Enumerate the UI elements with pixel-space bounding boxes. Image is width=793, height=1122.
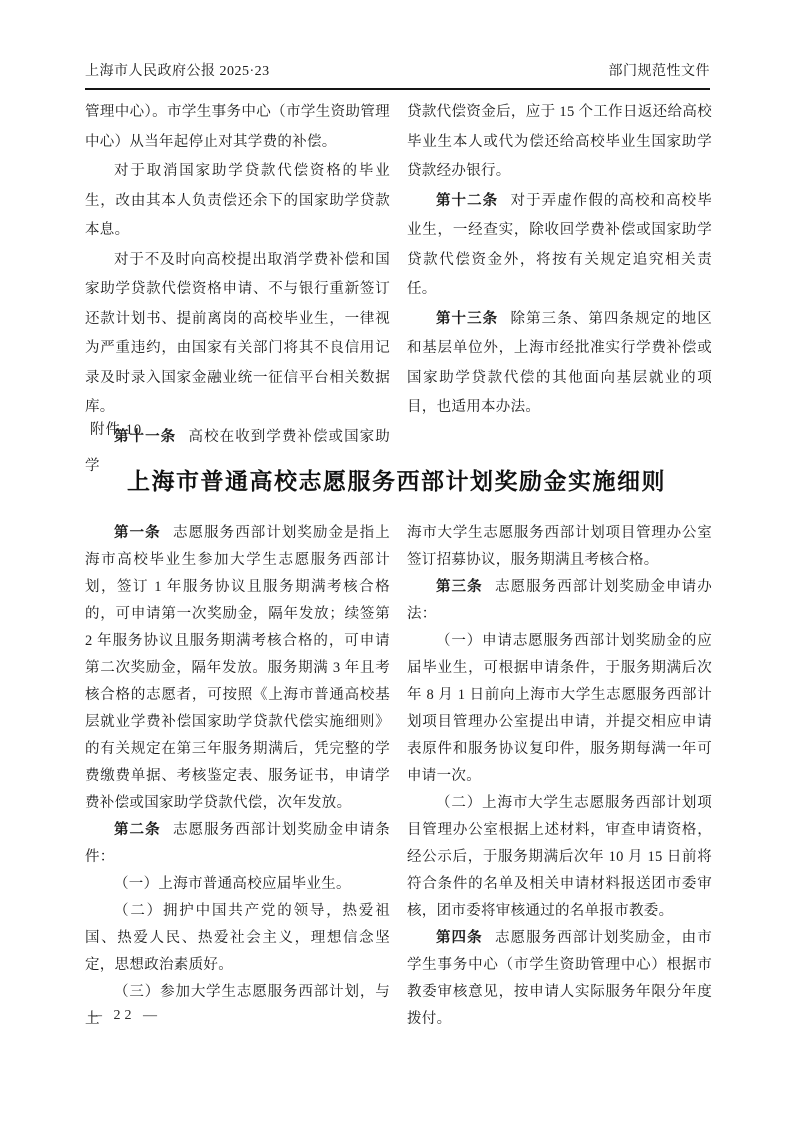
paragraph: 对于不及时向高校提出取消学费补偿和国家助学贷款代偿资格申请、不与银行重新签订还款… — [85, 246, 390, 423]
paragraph: （一）上海市普通高校应届毕业生。 — [85, 871, 390, 898]
paragraph: 第十三条除第三条、第四条规定的地区和基层单位外，上海市经批准实行学费补偿或国家助… — [407, 305, 712, 423]
page-number: — 22 — — [88, 1008, 161, 1024]
header-section-label: 部门规范性文件 — [609, 60, 711, 80]
paragraph: 对于取消国家助学贷款代偿资格的毕业生，改由其本人负责偿还余下的国家助学贷款本息。 — [85, 157, 390, 246]
paragraph: （三）参加大学生志愿服务西部计划，与上 — [85, 979, 390, 1033]
document-title: 上海市普通高校志愿服务西部计划奖励金实施细则 — [0, 463, 793, 496]
gazette-page: 上海市人民政府公报 2025·23 部门规范性文件 管理中心）。市学生事务中心（… — [0, 0, 793, 1122]
article-number: 第四条 — [436, 930, 483, 946]
article-number: 第一条 — [114, 525, 161, 541]
paragraph: 海市大学生志愿服务西部计划项目管理办公室签订招募协议，服务期满且考核合格。 — [407, 520, 712, 574]
section-previous-document: 管理中心）。市学生事务中心（市学生资助管理中心）从当年起停止对其学费的补偿。对于… — [85, 98, 712, 482]
paragraph: 第一条志愿服务西部计划奖励金是指上海市高校毕业生参加大学生志愿服务西部计划，签订… — [85, 520, 390, 817]
paragraph: 第二条志愿服务西部计划奖励金申请条件： — [85, 817, 390, 871]
right-column-top: 贷款代偿资金后，应于 15 个工作日返还给高校毕业生本人或代为偿还给高校毕业生国… — [407, 98, 712, 482]
header-gazette-title: 上海市人民政府公报 2025·23 — [85, 60, 270, 80]
paragraph: 第十二条对于弄虚作假的高校和高校毕业生，一经查实，除收回学费补偿或国家助学贷款代… — [407, 187, 712, 305]
paragraph: （二）拥护中国共产党的领导，热爱祖国、热爱人民、热爱社会主义，理想信念坚定，思想… — [85, 898, 390, 979]
paragraph: 第四条志愿服务西部计划奖励金，由市学生事务中心（市学生资助管理中心）根据市教委审… — [407, 925, 712, 1033]
paragraph: 管理中心）。市学生事务中心（市学生资助管理中心）从当年起停止对其学费的补偿。 — [85, 98, 390, 157]
paragraph: （一）申请志愿服务西部计划奖励金的应届毕业生，可根据申请条件，于服务期满后次年 … — [407, 628, 712, 790]
page-header: 上海市人民政府公报 2025·23 部门规范性文件 — [85, 60, 710, 80]
article-number: 第三条 — [436, 579, 483, 595]
paragraph: （二）上海市大学生志愿服务西部计划项目管理办公室根据上述材料，审查申请资格，经公… — [407, 790, 712, 925]
article-number: 第十二条 — [436, 193, 498, 209]
header-divider — [85, 88, 710, 90]
section-attachment-body: 第一条志愿服务西部计划奖励金是指上海市高校毕业生参加大学生志愿服务西部计划，签订… — [85, 520, 712, 1033]
paragraph: 贷款代偿资金后，应于 15 个工作日返还给高校毕业生本人或代为偿还给高校毕业生国… — [407, 98, 712, 187]
right-column-bottom: 海市大学生志愿服务西部计划项目管理办公室签订招募协议，服务期满且考核合格。第三条… — [407, 520, 712, 1033]
left-column-bottom: 第一条志愿服务西部计划奖励金是指上海市高校毕业生参加大学生志愿服务西部计划，签订… — [85, 520, 390, 1033]
attachment-label: 附件 10 — [90, 418, 142, 439]
paragraph: 第三条志愿服务西部计划奖励金申请办法： — [407, 574, 712, 628]
article-number: 第二条 — [114, 822, 161, 838]
article-number: 第十三条 — [436, 311, 498, 327]
